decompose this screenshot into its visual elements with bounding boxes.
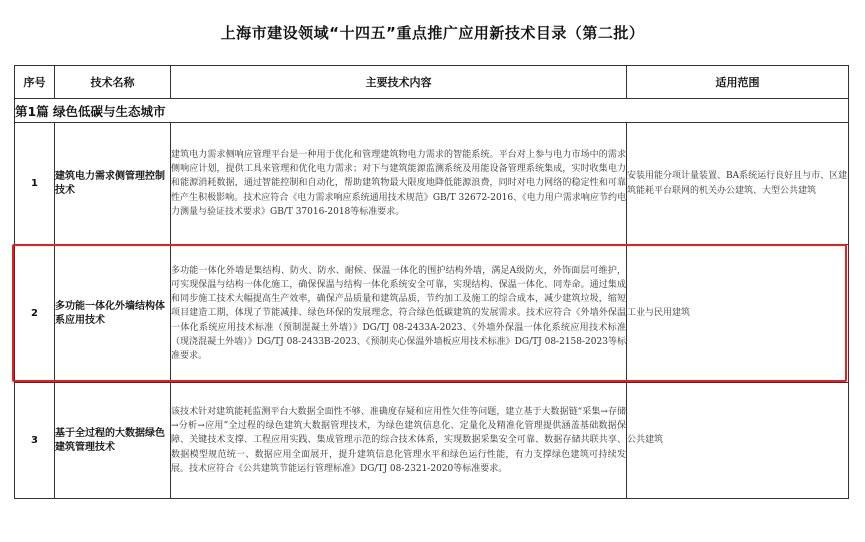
row-scope: 工业与民用建筑: [627, 245, 849, 383]
section-row: 第1篇 绿色低碳与生态城市: [15, 99, 849, 123]
header-scope: 适用范围: [627, 66, 849, 99]
row-index: 1: [15, 123, 55, 245]
document-title: 上海市建设领域“十四五”重点推广应用新技术目录（第二批）: [0, 22, 865, 43]
table-row: 3 基于全过程的大数据绿色建筑管理技术 该技术针对建筑能耗监测平台大数据全面性不…: [15, 383, 849, 499]
row-scope: 安装用能分项计量装置、BA系统运行良好且与市、区建筑能耗平台联网的机关办公建筑、…: [627, 123, 849, 245]
row-index: 2: [15, 245, 55, 383]
table-row-highlighted: 2 多功能一体化外墙结构体系应用技术 多功能一体化外墙是集结构、防火、防水、耐候…: [15, 245, 849, 383]
technology-catalog-table: 序号 技术名称 主要技术内容 适用范围 第1篇 绿色低碳与生态城市 1 建筑电力…: [14, 65, 849, 499]
row-tech-name: 多功能一体化外墙结构体系应用技术: [55, 245, 171, 383]
table-row: 1 建筑电力需求侧管理控制技术 建筑电力需求侧响应管理平台是一种用于优化和管理建…: [15, 123, 849, 245]
header-main-content: 主要技术内容: [171, 66, 627, 99]
row-scope: 公共建筑: [627, 383, 849, 499]
header-tech-name: 技术名称: [55, 66, 171, 99]
row-main-content: 多功能一体化外墙是集结构、防火、防水、耐候、保温一体化的围护结构外墙，满足A级防…: [171, 245, 627, 383]
section-title: 第1篇 绿色低碳与生态城市: [15, 99, 849, 123]
row-index: 3: [15, 383, 55, 499]
row-tech-name: 建筑电力需求侧管理控制技术: [55, 123, 171, 245]
row-main-content: 该技术针对建筑能耗监测平台大数据全面性不够、准确度存疑和应用性欠佳等问题，建立基…: [171, 383, 627, 499]
row-tech-name: 基于全过程的大数据绿色建筑管理技术: [55, 383, 171, 499]
header-index: 序号: [15, 66, 55, 99]
table-header-row: 序号 技术名称 主要技术内容 适用范围: [15, 66, 849, 99]
row-main-content: 建筑电力需求侧响应管理平台是一种用于优化和管理建筑物电力需求的智能系统。平台对上…: [171, 123, 627, 245]
